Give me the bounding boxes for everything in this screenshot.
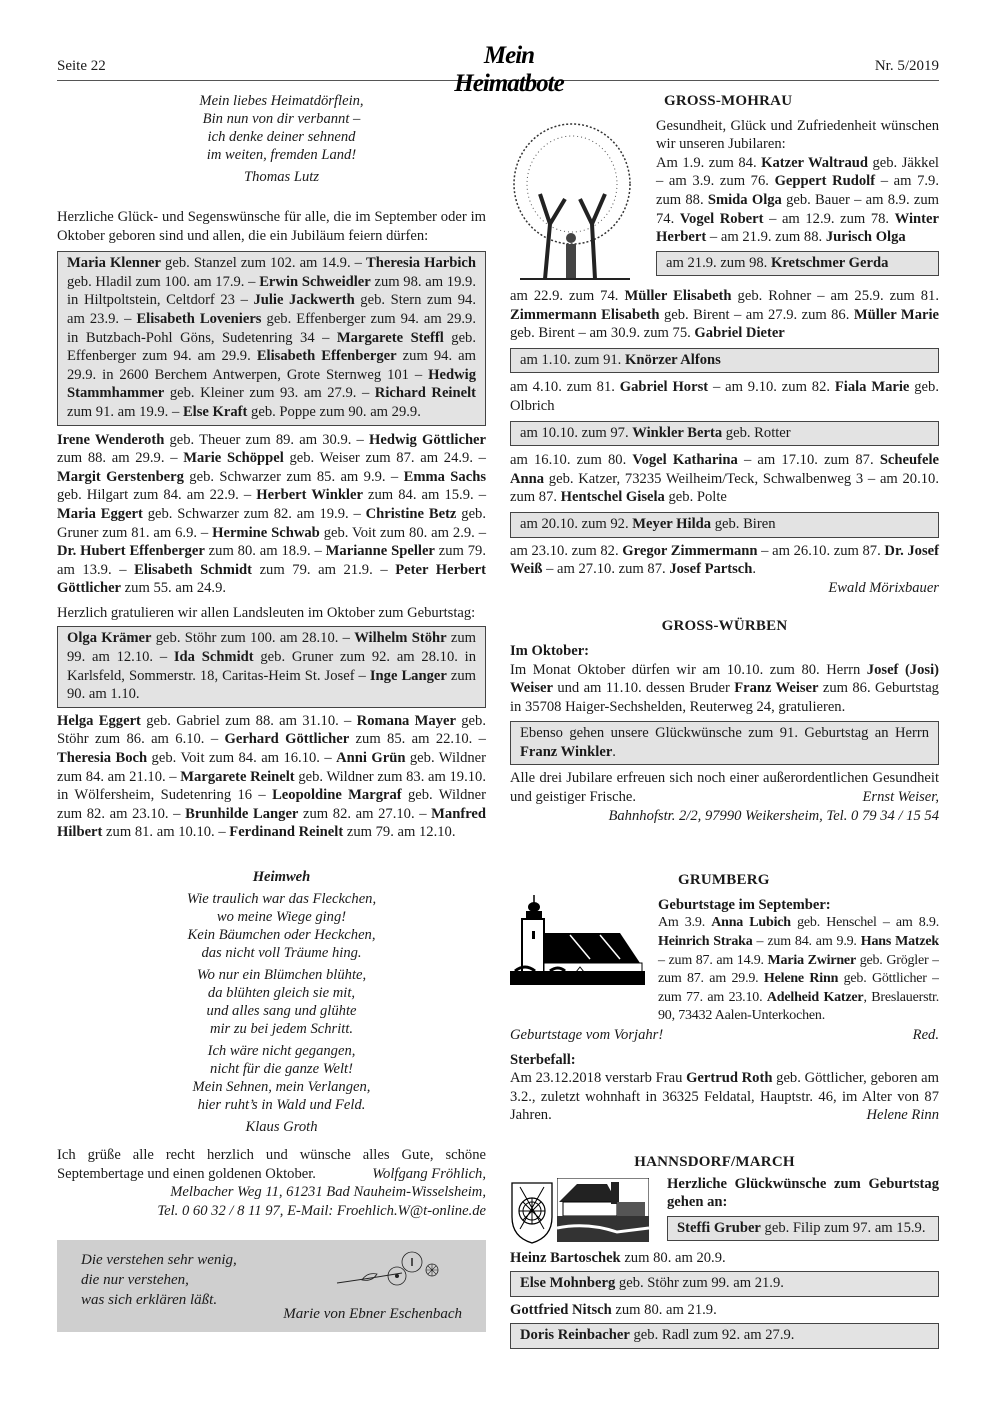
september-birthday-list: Irene Wenderoth geb. Theuer zum 89. am 3… bbox=[57, 431, 486, 598]
entry-text: geb. Voit zum 84. am 16.10. – bbox=[147, 750, 336, 766]
jubilar-name: Elisabeth Effenberger bbox=[257, 348, 397, 364]
jubilar-name: Margarete Steffl bbox=[337, 330, 444, 346]
jubilar-name: Adelheid Katzer bbox=[767, 990, 864, 1005]
highlight-box: Steffi Gruber geb. Filip zum 97. am 15.9… bbox=[667, 1216, 939, 1242]
jubilar-name: Steffi Gruber bbox=[677, 1220, 761, 1236]
signature-address: Melbacher Weg 11, 61231 Bad Nauheim-Wiss… bbox=[57, 1183, 486, 1202]
signature-name: Wolfgang Fröhlich, bbox=[372, 1165, 486, 1184]
jubilar-name: Hans Matzek bbox=[861, 934, 939, 949]
jubilar-name: Else Kraft bbox=[183, 404, 247, 420]
tree-illustration-icon bbox=[510, 114, 645, 284]
poem-line: das nicht voll Träume hing. bbox=[77, 944, 486, 962]
entry-text: zum 82. am 27.10. – bbox=[298, 806, 431, 822]
birthday-list: Am 1.9. zum 84. Katzer Waltraud geb. Jäk… bbox=[656, 154, 939, 247]
castle-town-illustration-icon bbox=[557, 1178, 649, 1242]
issue-number: Nr. 5/2019 bbox=[875, 58, 939, 75]
page-header: Seite 22 Mein Heimatbote Nr. 5/2019 bbox=[57, 50, 939, 81]
right-column: GROSS-MOHRAU Gesundheit, Glück und Zufri… bbox=[510, 92, 939, 1349]
entry-text: am 16.10. zum 80. bbox=[510, 452, 632, 468]
entry-text: geb. Theuer zum 89. am 30.9. – bbox=[164, 432, 369, 448]
entry-text: geb. Hladil zum 100. am 17.9. – bbox=[67, 274, 259, 290]
entry-text: geb. Weiser zum 87. am 24.9. – bbox=[284, 450, 486, 466]
poem-heimweh: Heimweh Wie traulich war das Fleckchen, … bbox=[77, 868, 486, 1136]
poem-line: Bin nun von dir verbannt – bbox=[77, 110, 486, 128]
jubilar-name: Herbert Winkler bbox=[256, 487, 363, 503]
jubilar-name: Zimmermann Elisabeth bbox=[510, 307, 660, 323]
section-gross-wuerben: GROSS-WÜRBEN Im Oktober: Im Monat Oktobe… bbox=[510, 617, 939, 825]
signature-contact: Tel. 0 60 32 / 8 11 97, E-Mail: Froehlic… bbox=[57, 1202, 486, 1221]
highlight-box: am 1.10. zum 91. Knörzer Alfons bbox=[510, 348, 939, 374]
jubilar-name: Heinz Bartoschek bbox=[510, 1250, 621, 1266]
grumberg-top: GRUMBERG Geburtstage im September: Am 3.… bbox=[510, 871, 939, 1026]
jubilar-name: Maria Eggert bbox=[57, 506, 143, 522]
jubilar-name: Leopoldine Margraf bbox=[272, 787, 402, 803]
jubilar-name: Franz Winkler bbox=[520, 744, 612, 760]
poem-line: Wie traulich war das Fleckchen, bbox=[77, 890, 486, 908]
jubilar-name: Julie Jackwerth bbox=[253, 292, 354, 308]
jubilar-name: Olga Krämer bbox=[67, 630, 152, 646]
jubilar-name: Elisabeth Loveniers bbox=[136, 311, 261, 327]
jubilar-name: Irene Wenderoth bbox=[57, 432, 164, 448]
jubilar-name: Winkler Berta bbox=[632, 425, 722, 441]
masthead-logo: Mein Heimatbote bbox=[429, 42, 589, 98]
poem-line: Ich wäre nicht gegangen, bbox=[77, 1042, 486, 1060]
jubilar-name: Katzer Waltraud bbox=[761, 155, 868, 171]
jubilar-name: Josef Partsch bbox=[669, 561, 752, 577]
section-intro: Gesundheit, Glück und Zufriedenheit wüns… bbox=[656, 117, 939, 154]
jubilar-name: Elisabeth Schmidt bbox=[134, 562, 252, 578]
entry-text: am 22.9. zum 74. bbox=[510, 288, 624, 304]
jubilar-name: Kretschmer Gerda bbox=[771, 255, 888, 271]
september-highlight-box: Maria Klenner geb. Stanzel zum 102. am 1… bbox=[57, 251, 486, 425]
box-text: geb. Biren bbox=[711, 516, 775, 532]
signature-name: Ernst Weiser, bbox=[863, 788, 940, 807]
entry-text: geb. Poppe zum 90. am 29.9. bbox=[247, 404, 420, 420]
entry-text: – zum 87. am 14.9. bbox=[658, 953, 768, 968]
entry-text: zum 79. am 12.10. bbox=[343, 824, 455, 840]
jubilar-name: Margarete Reinelt bbox=[180, 769, 294, 785]
closing-paragraph: Alle drei Jubilare erfreuen sich noch ei… bbox=[510, 769, 939, 806]
entry-text: zum 91. am 19.9. – bbox=[67, 404, 183, 420]
entry-text: zum 84. am 15.9. – bbox=[363, 487, 486, 503]
jubilar-name: Ferdinand Reinelt bbox=[229, 824, 343, 840]
jubilar-name: Müller Marie bbox=[854, 307, 939, 323]
entry-row: Gottfried Nitsch zum 80. am 21.9. bbox=[510, 1301, 939, 1320]
box-text: geb. Rotter bbox=[722, 425, 791, 441]
poem-stanza: Wo nur ein Blümchen blühte, da blühten g… bbox=[77, 966, 486, 1038]
poem-stanza: Wie traulich war das Fleckchen, wo meine… bbox=[77, 890, 486, 962]
closing-paragraph: Ich grüße alle recht herzlich und wünsch… bbox=[57, 1146, 486, 1183]
entry-text: geb. Hilgart zum 84. am 22.9. – bbox=[57, 487, 256, 503]
entry-text: geb. Radl zum 92. am 27.9. bbox=[630, 1327, 795, 1343]
jubilar-name: Margit Gerstenberg bbox=[57, 469, 184, 485]
jubilar-name: Gabriel Horst bbox=[620, 379, 708, 395]
jubilar-name: Franz Weiser bbox=[734, 680, 818, 696]
jubilar-name: Hermine Schwab bbox=[212, 525, 320, 541]
poem-author: Klaus Groth bbox=[77, 1118, 486, 1136]
birthday-paragraph: Im Monat Oktober dürfen wir am 10.10. zu… bbox=[510, 661, 939, 717]
section-gross-mohrau: GROSS-MOHRAU Gesundheit, Glück und Zufri… bbox=[510, 92, 939, 597]
poem-line: nicht für die ganze Welt! bbox=[77, 1060, 486, 1078]
jubilar-name: Romana Mayer bbox=[357, 713, 456, 729]
entry-text: – am 21.9. zum 88. bbox=[706, 229, 826, 245]
highlight-box: am 20.10. zum 92. Meyer Hilda geb. Biren bbox=[510, 512, 939, 538]
entry-text: – zum 84. am 9.9. bbox=[753, 934, 861, 949]
hannsdorf-top: Herzliche Glückwünsche zum Geburtstag ge… bbox=[510, 1175, 939, 1245]
section-title: GROSS-WÜRBEN bbox=[510, 617, 939, 636]
entry-text: geb. Gabriel zum 88. am 31.10. – bbox=[141, 713, 357, 729]
poem-line: ich denke deiner sehnend bbox=[77, 128, 486, 146]
quote-box: Die verstehen sehr wenig, die nur verste… bbox=[57, 1240, 486, 1332]
jubilar-name: Fiala Marie bbox=[835, 379, 910, 395]
jubilar-name: Hedwig Göttlicher bbox=[369, 432, 486, 448]
poem-line: wo meine Wiege ging! bbox=[77, 908, 486, 926]
october-birthday-list: Helga Eggert geb. Gabriel zum 88. am 31.… bbox=[57, 712, 486, 842]
section-hannsdorf-march: HANNSDORF/MARCH Herzliche Glückwünsche z… bbox=[510, 1153, 939, 1349]
entry-text: zum 55. am 24.9. bbox=[121, 580, 226, 596]
entry-text: Am 1.9. zum 84. bbox=[656, 155, 761, 171]
highlight-box: Ebenso gehen unsere Glückwünsche zum 91.… bbox=[510, 721, 939, 765]
jubilar-name: Richard Reinelt bbox=[375, 385, 476, 401]
poem-heimatdoerflein: Mein liebes Heimatdörflein, Bin nun von … bbox=[77, 92, 486, 186]
poem-line: im weiten, fremden Land! bbox=[77, 146, 486, 164]
jubilar-name: Gabriel Dieter bbox=[694, 325, 784, 341]
section-signature: Ewald Mörixbauer bbox=[510, 579, 939, 598]
jubilar-name: Müller Elisabeth bbox=[624, 288, 731, 304]
entry-text: zum 85. am 22.10. – bbox=[349, 731, 486, 747]
jubilar-name: Christine Betz bbox=[366, 506, 457, 522]
entry-text: geb. Voit zum 80. am 2.9. – bbox=[320, 525, 486, 541]
intro-paragraph: Herzliche Glück- und Segenswünsche für a… bbox=[57, 208, 486, 245]
jubilar-name: Gertrud Roth bbox=[686, 1070, 772, 1086]
entry-text: zum 80. am 20.9. bbox=[621, 1250, 726, 1266]
signature-address: Bahnhofstr. 2/2, 97990 Weikersheim, Tel.… bbox=[510, 807, 939, 826]
box-text: am 1.10. zum 91. bbox=[520, 352, 625, 368]
jubilar-name: Gregor Zimmermann bbox=[622, 543, 757, 559]
birthday-list: am 22.9. zum 74. Müller Elisabeth geb. R… bbox=[510, 287, 939, 343]
jubilar-name: Hentschel Gisela bbox=[561, 489, 665, 505]
poem-line: Mein liebes Heimatdörflein, bbox=[77, 92, 486, 110]
jubilar-name: Helene Rinn bbox=[764, 971, 838, 986]
church-illustration-icon bbox=[510, 893, 645, 988]
section-title: HANNSDORF/MARCH bbox=[490, 1153, 939, 1172]
section-title: GRUMBERG bbox=[678, 871, 939, 890]
entry-text: zum 80. am 18.9. – bbox=[205, 543, 326, 559]
jubilar-name: Helga Eggert bbox=[57, 713, 141, 729]
october-highlight-list: Olga Krämer geb. Stöhr zum 100. am 28.10… bbox=[67, 629, 476, 703]
entry-text: – am 9.10. zum 82. bbox=[708, 379, 835, 395]
signature-email-phone[interactable]: Tel. 0 60 32 / 8 11 97, E-Mail: Froehlic… bbox=[157, 1203, 486, 1219]
box-text: am 21.9. zum 98. bbox=[666, 255, 771, 271]
poem-line: Wo nur ein Blümchen blühte, bbox=[77, 966, 486, 984]
note-signature: Red. bbox=[913, 1026, 939, 1045]
entry-text: zum 81. am 10.10. – bbox=[102, 824, 229, 840]
obituary-heading: Sterbefall: bbox=[510, 1051, 939, 1070]
entry-text: geb. Birent – am 30.9. zum 75. bbox=[510, 325, 694, 341]
highlight-box: Doris Reinbacher geb. Radl zum 92. am 27… bbox=[510, 1323, 939, 1349]
gross-mohrau-top: GROSS-MOHRAU Gesundheit, Glück und Zufri… bbox=[510, 92, 939, 284]
entry-text: am 23.10. zum 82. bbox=[510, 543, 622, 559]
section-intro: Herzliche Glückwünsche zum Geburtstag ge… bbox=[667, 1175, 939, 1212]
box-text: am 10.10. zum 97. bbox=[520, 425, 632, 441]
flower-bouquet-icon bbox=[332, 1248, 452, 1298]
jubilar-name: Maria Zwirner bbox=[768, 953, 856, 968]
poem-line: Mein Sehnen, mein Verlangen, bbox=[77, 1078, 486, 1096]
quote-author: Marie von Ebner Eschenbach bbox=[283, 1304, 462, 1324]
poem-stanza: Ich wäre nicht gegangen, nicht für die g… bbox=[77, 1042, 486, 1114]
jubilar-name: Theresia Boch bbox=[57, 750, 147, 766]
october-intro: Herzlich gratulieren wir allen Landsleut… bbox=[57, 604, 486, 623]
entry-text: geb. Stöhr zum 100. am 28.10. – bbox=[152, 630, 355, 646]
jubilar-name: Gottfried Nitsch bbox=[510, 1302, 612, 1318]
poem-line: hier ruht’s in Wald und Feld. bbox=[77, 1096, 486, 1114]
entry-text: Am 3.9. bbox=[658, 915, 711, 930]
jubilar-name: Doris Reinbacher bbox=[520, 1327, 630, 1343]
jubilar-name: Marie Schöppel bbox=[183, 450, 284, 466]
jubilar-name: Theresia Harbich bbox=[366, 255, 476, 271]
jubilar-name: Knörzer Alfons bbox=[625, 352, 721, 368]
entry-text: . bbox=[752, 561, 756, 577]
entry-text: und am 11.10. dessen Bruder bbox=[553, 680, 734, 696]
jubilar-name: Jurisch Olga bbox=[826, 229, 906, 245]
entry-text: geb. Polte bbox=[665, 489, 727, 505]
entry-text: am 4.10. zum 81. bbox=[510, 379, 620, 395]
entry-text: geb. Kleiner zum 93. am 27.9. – bbox=[164, 385, 375, 401]
box-text: am 20.10. zum 92. bbox=[520, 516, 632, 532]
october-highlight-box: Olga Krämer geb. Stöhr zum 100. am 28.10… bbox=[57, 626, 486, 707]
jubilar-name: Geppert Rudolf bbox=[775, 173, 876, 189]
jubilar-name: Marianne Speller bbox=[326, 543, 435, 559]
entry-text: geb. Henschel – am 8.9. bbox=[791, 915, 939, 930]
jubilar-name: Wilhelm Stöhr bbox=[354, 630, 446, 646]
jubilar-name: Anna Lubich bbox=[711, 915, 791, 930]
highlight-box: am 21.9. zum 98. Kretschmer Gerda bbox=[656, 251, 939, 277]
september-highlight-list: Maria Klenner geb. Stanzel zum 102. am 1… bbox=[67, 254, 476, 421]
jubilar-name: Inge Langer bbox=[370, 668, 447, 684]
jubilar-name: Emma Sachs bbox=[404, 469, 486, 485]
entry-text: – am 27.10. zum 87. bbox=[542, 561, 669, 577]
jubilar-name: Gerhard Göttlicher bbox=[224, 731, 349, 747]
entry-text: – am 17.10. zum 87. bbox=[738, 452, 880, 468]
poem-line: da blühten gleich sie mit, bbox=[77, 984, 486, 1002]
entry-row: Heinz Bartoschek zum 80. am 20.9. bbox=[510, 1249, 939, 1268]
section-subhead: Im Oktober: bbox=[510, 642, 939, 661]
section-title: GROSS-MOHRAU bbox=[664, 92, 939, 111]
jubilar-name: Erwin Schweidler bbox=[259, 274, 371, 290]
jubilar-name: Smida Olga bbox=[708, 192, 782, 208]
entry-text: geb. Filip zum 97. am 15.9. bbox=[761, 1220, 926, 1236]
entry-text: – am 26.10. zum 87. bbox=[758, 543, 885, 559]
highlight-box: am 10.10. zum 97. Winkler Berta geb. Rot… bbox=[510, 421, 939, 447]
section-grumberg: GRUMBERG Geburtstage im September: Am 3.… bbox=[510, 871, 939, 1125]
entry-text: geb. Stöhr zum 99. am 21.9. bbox=[615, 1275, 784, 1291]
jubilar-name: Vogel Robert bbox=[680, 211, 764, 227]
note-row: Geburtstage vom Vorjahr! Red. bbox=[510, 1026, 939, 1045]
birthday-list: am 23.10. zum 82. Gregor Zimmermann – am… bbox=[510, 542, 939, 579]
poem-line: Kein Bäumchen oder Heckchen, bbox=[77, 926, 486, 944]
entry-text: Am 23.12.2018 verstarb Frau bbox=[510, 1070, 686, 1086]
poem-line: mir zu bei jedem Schritt. bbox=[77, 1020, 486, 1038]
entry-text: geb. Stanzel zum 102. am 14.9. – bbox=[161, 255, 366, 271]
jubilar-name: Ida Schmidt bbox=[174, 649, 254, 665]
jubilar-name: Meyer Hilda bbox=[632, 516, 711, 532]
birthday-list: Am 3.9. Anna Lubich geb. Henschel – am 8… bbox=[658, 914, 939, 1026]
jubilar-name: Brunhilde Langer bbox=[185, 806, 298, 822]
note-text: Geburtstage vom Vorjahr! bbox=[510, 1027, 663, 1043]
section-subhead: Geburtstage im September: bbox=[658, 896, 939, 915]
poem-author: Thomas Lutz bbox=[77, 168, 486, 186]
jubilar-name: Else Mohnberg bbox=[520, 1275, 615, 1291]
entry-text: zum 80. am 21.9. bbox=[612, 1302, 717, 1318]
birthday-list: am 16.10. zum 80. Vogel Katharina – am 1… bbox=[510, 451, 939, 507]
page-number: Seite 22 bbox=[57, 58, 106, 75]
entry-text: geb. Schwarzer zum 82. am 19.9. – bbox=[143, 506, 366, 522]
entry-text: geb. Birent – am 27.9. zum 86. bbox=[660, 307, 854, 323]
obituary-signature: Helene Rinn bbox=[866, 1106, 939, 1125]
poem-title: Heimweh bbox=[77, 868, 486, 886]
highlight-box: Else Mohnberg geb. Stöhr zum 99. am 21.9… bbox=[510, 1271, 939, 1297]
entry-text: – am 12.9. zum 78. bbox=[764, 211, 895, 227]
coat-of-arms-icon bbox=[510, 1179, 554, 1245]
poem-line: und alles sang und glühte bbox=[77, 1002, 486, 1020]
jubilar-name: Dr. Hubert Effenberger bbox=[57, 543, 205, 559]
left-column: Mein liebes Heimatdörflein, Bin nun von … bbox=[57, 92, 486, 1332]
entry-text: zum 88. am 29.9. – bbox=[57, 450, 183, 466]
jubilar-name: Maria Klenner bbox=[67, 255, 161, 271]
entry-text: zum 79. am 21.9. – bbox=[252, 562, 395, 578]
box-text: Ebenso gehen unsere Glückwünsche zum 91.… bbox=[520, 725, 929, 741]
entry-text: geb. Rohner – am 25.9. zum 81. bbox=[732, 288, 939, 304]
jubilar-name: Vogel Katharina bbox=[632, 452, 737, 468]
entry-text: Im Monat Oktober dürfen wir am 10.10. zu… bbox=[510, 662, 867, 678]
box-text: . bbox=[612, 744, 616, 760]
entry-text: geb. Schwarzer zum 85. am 9.9. – bbox=[184, 469, 404, 485]
birthday-list: am 4.10. zum 81. Gabriel Horst – am 9.10… bbox=[510, 378, 939, 415]
jubilar-name: Heinrich Straka bbox=[658, 934, 753, 949]
obituary-paragraph: Am 23.12.2018 verstarb Frau Gertrud Roth… bbox=[510, 1069, 939, 1125]
jubilar-name: Anni Grün bbox=[336, 750, 405, 766]
